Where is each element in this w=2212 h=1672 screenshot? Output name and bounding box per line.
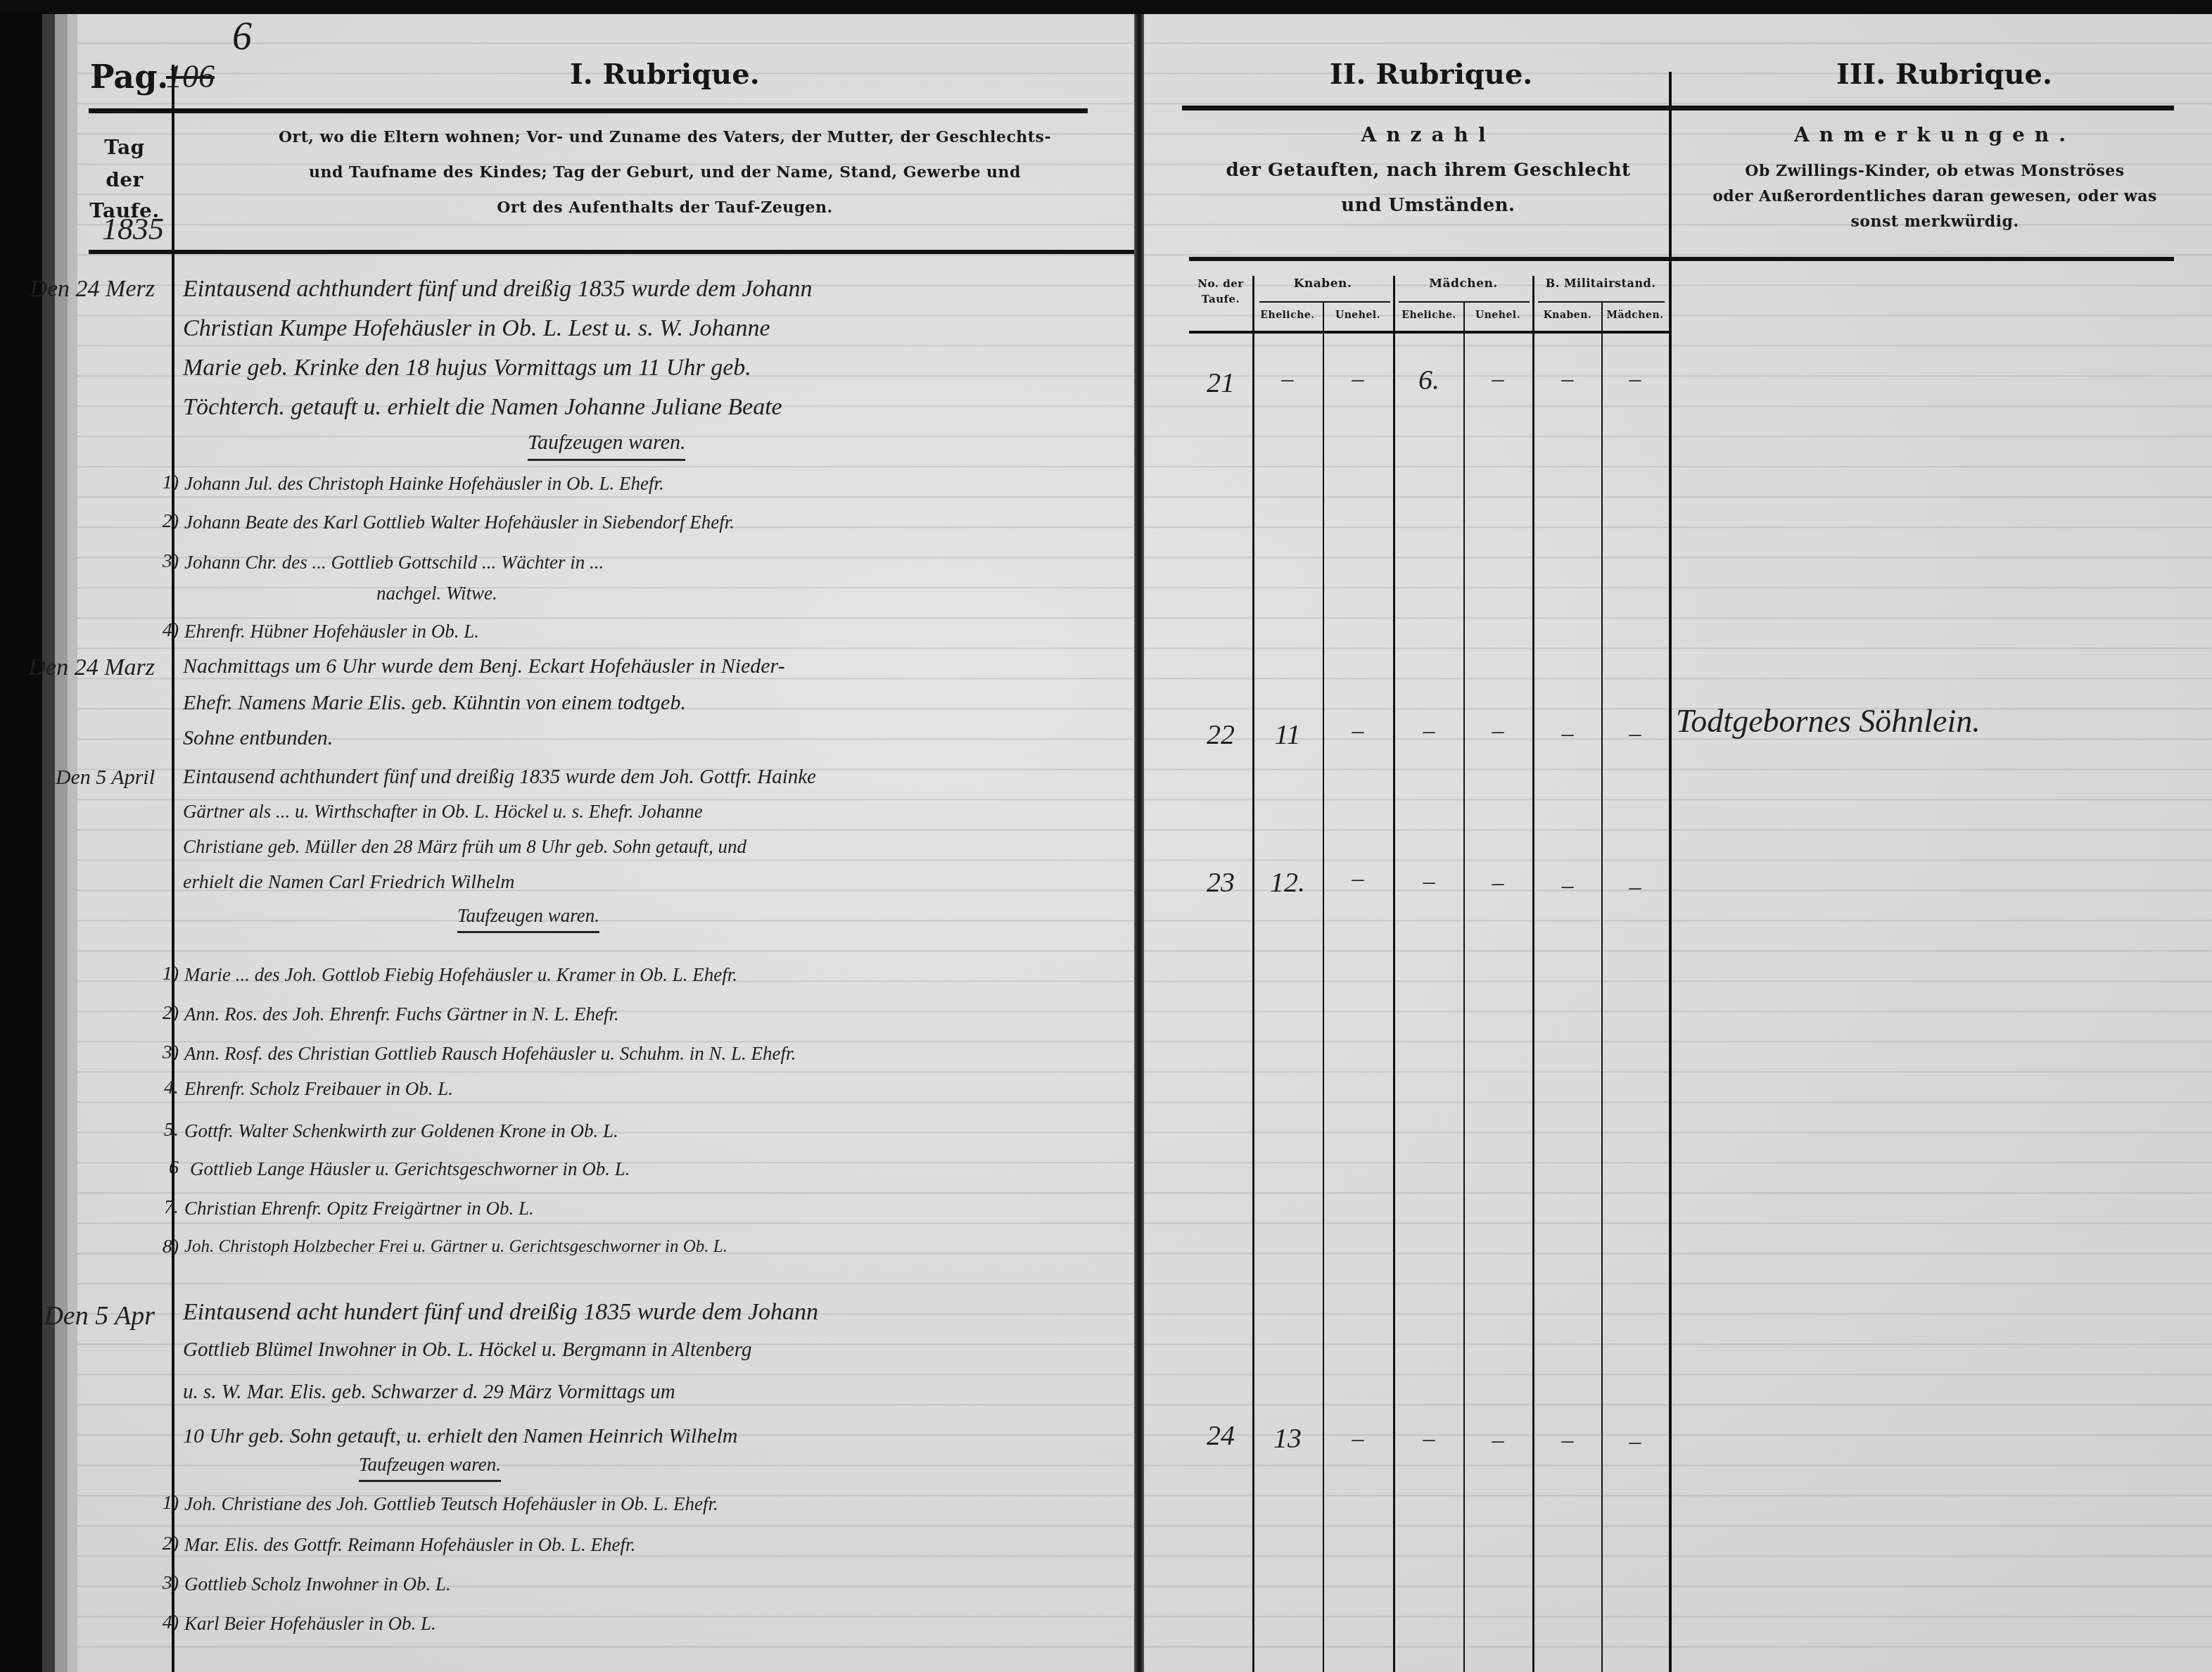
entry-2-maedchen-eheliche: – [1394, 718, 1463, 745]
entry-3-witness-num-3: 3) [158, 1041, 179, 1064]
subcol-knaben-unehel: Unehel. [1323, 310, 1393, 321]
entry-3-witness-1: Marie ... des Joh. Gottlob Fiebig Hofehä… [184, 964, 737, 986]
grid-line-no [1252, 276, 1254, 1672]
entry-4-maedchen-eheliche: – [1394, 1426, 1463, 1452]
entry-1-line-2: Christian Kumpe Hofehäusler in Ob. L. Le… [183, 315, 770, 342]
entry-3-maedchen-eheliche: – [1394, 868, 1463, 895]
subcol-knaben-eheliche: Eheliche. [1252, 310, 1323, 321]
header-bottom-rule-left [89, 250, 1141, 254]
remarks-col-header-line3: oder Außerordentliches daran gewesen, od… [1674, 184, 2195, 209]
subcol-knaben: Knaben. [1252, 276, 1393, 291]
entry-4-witness-num-4: 4) [158, 1611, 179, 1634]
desc-col-header-line1: Ort, wo die Eltern wohnen; Vor- und Zuna… [183, 120, 1147, 155]
entry-4-witness-2: Mar. Elis. des Gottfr. Reimann Hofehäusl… [184, 1534, 635, 1556]
entry-1-line-1: Eintausend achthundert fünf und dreißig … [183, 276, 813, 303]
entry-3-witness-num-2: 2) [158, 1002, 179, 1025]
grid-line-maedchen [1532, 276, 1534, 1672]
entry-2-line-3: Sohne entbunden. [183, 726, 333, 750]
entry-4-witness-1: Joh. Christiane des Joh. Gottlieb Teutsc… [184, 1493, 718, 1515]
entry-1-witness-num-4: 4) [158, 619, 179, 642]
count-col-header-line3: und Umständen. [1189, 190, 1667, 221]
remarks-col-header-line4: sonst merkwürdig. [1674, 209, 2195, 234]
entry-3-knaben-eheliche: 12. [1252, 866, 1323, 899]
entry-3-witness-num-4: 4. [158, 1077, 179, 1099]
entry-2-mil-maedchen: – [1601, 721, 1669, 747]
grid-line-knaben [1393, 276, 1395, 1672]
remarks-column-divider [1669, 72, 1672, 1672]
rubrique-3-title: III. Rubrique. [1836, 58, 2052, 91]
entry-4-line-4: 10 Uhr geb. Sohn getauft, u. erhielt den… [183, 1424, 738, 1448]
entry-3-witness-num-6: 6 [158, 1157, 179, 1179]
entry-4-line-3: u. s. W. Mar. Elis. geb. Schwarzer d. 29… [183, 1381, 675, 1404]
entry-1-witness-4: Ehrenfr. Hübner Hofehäusler in Ob. L. [184, 621, 479, 642]
entry-3-witness-5: Gottfr. Walter Schenkwirth zur Goldenen … [184, 1120, 618, 1142]
subcol-no-der-taufe: No. der Taufe. [1189, 276, 1252, 307]
grid-line-maedchen-mid [1463, 303, 1465, 1672]
entry-1-knaben-eheliche: – [1252, 366, 1323, 393]
subcol-maedchen-eheliche: Eheliche. [1394, 310, 1463, 321]
subcol-militairstand: B. Militairstand. [1534, 276, 1667, 291]
header-rule-left [89, 108, 1088, 113]
register-page: Pag. 106 6 I. Rubrique. Tag der Taufe. 1… [77, 14, 2212, 1672]
entry-2-line-1: Nachmittags um 6 Uhr wurde dem Benj. Eck… [183, 654, 785, 678]
entry-1-mil-maedchen: – [1601, 366, 1669, 393]
entry-1-witness-heading: Taufzeugen waren. [528, 431, 685, 461]
entry-1-mil-knaben: – [1534, 366, 1601, 393]
page-number-corrected: 6 [232, 14, 252, 59]
entry-1-witness-num-3: 3) [158, 550, 179, 573]
entry-3-witness-7: Christian Ehrenfr. Opitz Freigärtner in … [184, 1198, 534, 1220]
entry-3-witness-num-1: 1) [158, 963, 179, 985]
entry-4-line-1: Eintausend acht hundert fünf und dreißig… [183, 1299, 818, 1326]
desc-col-header-line2: und Taufname des Kindes; Tag der Geburt,… [183, 155, 1147, 190]
subheader-bottom-rule [1189, 331, 1669, 334]
count-col-title: Anzahl [1189, 120, 1667, 151]
entry-2-mil-knaben: – [1534, 721, 1601, 747]
entry-1-no: 21 [1189, 366, 1252, 399]
desc-col-header-line3: Ort des Aufenthalts der Tauf-Zeugen. [183, 190, 1147, 225]
entry-4-no: 24 [1189, 1419, 1252, 1452]
entry-2-no: 22 [1189, 718, 1252, 751]
entry-3-witness-num-5: 5. [158, 1119, 179, 1141]
subcol-maedchen-unehel: Unehel. [1463, 310, 1532, 321]
grid-line-knaben-mid [1323, 303, 1324, 1672]
grid-line-mil-mid [1601, 303, 1603, 1672]
entry-2-date: Den 24 Marz [0, 654, 155, 681]
date-col-header-line1: Tag [77, 132, 172, 163]
entry-3-witness-8: Joh. Christoph Holzbecher Frei u. Gärtne… [184, 1237, 727, 1257]
entry-3-witness-num-8: 8) [158, 1236, 179, 1258]
entry-4-witness-4: Karl Beier Hofehäusler in Ob. L. [184, 1613, 436, 1635]
entry-3-line-2: Gärtner als ... u. Wirthschafter in Ob. … [183, 801, 703, 823]
entry-3-line-1: Eintausend achthundert fünf und dreißig … [183, 766, 816, 789]
entry-1-witness-2: Johann Beate des Karl Gottlieb Walter Ho… [184, 512, 735, 533]
entry-2-maedchen-unehel: – [1463, 718, 1532, 745]
entry-4-witness-num-1: 1) [158, 1492, 179, 1514]
entry-3-maedchen-unehel: – [1463, 870, 1532, 897]
header-rule-right [1182, 106, 2174, 110]
header-bottom-rule-right [1189, 257, 2174, 261]
entry-4-knaben-eheliche: 13 [1252, 1421, 1323, 1455]
entry-3-mil-maedchen: – [1601, 874, 1669, 901]
entry-3-witness-6: Gottlieb Lange Häusler u. Gerichtsgeschw… [190, 1158, 630, 1180]
count-col-header-line2: der Getauften, nach ihrem Geschlecht [1189, 155, 1667, 186]
entry-2-remark: Todtgebornes Söhnlein. [1676, 702, 1981, 740]
entry-4-date: Den 5 Apr [0, 1300, 155, 1331]
remarks-col-title: Anmerkungen. [1674, 120, 2195, 151]
entry-4-witness-heading: Taufzeugen waren. [359, 1454, 501, 1482]
date-column-divider [172, 65, 174, 1672]
entry-3-witness-heading: Taufzeugen waren. [457, 905, 599, 933]
subcol-maedchen: Mädchen. [1394, 276, 1532, 291]
page-label: Pag. [90, 58, 168, 96]
subcol-mil-maedchen: Mädchen. [1601, 310, 1669, 321]
entry-3-witness-num-7: 7. [158, 1196, 179, 1219]
entry-1-maedchen-eheliche: 6. [1394, 363, 1463, 396]
entry-4-mil-maedchen: – [1601, 1429, 1669, 1455]
year-handwritten: 1835 [102, 211, 164, 247]
entry-1-knaben-unehel: – [1323, 366, 1393, 393]
entry-3-witness-2: Ann. Ros. des Joh. Ehrenfr. Fuchs Gärtne… [184, 1003, 619, 1025]
rubrique-2-title: II. Rubrique. [1330, 58, 1532, 91]
entry-4-mil-knaben: – [1534, 1427, 1601, 1454]
entry-1-witness-1: Johann Jul. des Christoph Hainke Hofehäu… [184, 473, 664, 495]
entry-3-knaben-unehel: – [1323, 866, 1393, 892]
entry-1-witness-3-cont: nachgel. Witwe. [376, 583, 497, 604]
entry-3-date: Den 5 April [0, 766, 155, 790]
subcol-mil-knaben: Knaben. [1534, 310, 1601, 321]
entry-4-witness-num-2: 2) [158, 1533, 179, 1555]
entry-4-knaben-unehel: – [1323, 1426, 1393, 1452]
entry-4-maedchen-unehel: – [1463, 1427, 1532, 1454]
book-edge [0, 14, 77, 1672]
entry-3-line-4: erhielt die Namen Carl Friedrich Wilhelm [183, 871, 515, 894]
entry-1-line-4: Töchterch. getauft u. erhielt die Namen … [183, 394, 782, 421]
book-spine [1134, 14, 1144, 1672]
entry-1-maedchen-unehel: – [1463, 366, 1532, 393]
entry-2-line-2: Ehefr. Namens Marie Elis. geb. Kühntin v… [183, 691, 686, 715]
entry-1-witness-3: Johann Chr. des ... Gottlieb Gottschild … [184, 552, 604, 574]
entry-2-knaben-eheliche: 11 [1252, 718, 1323, 751]
entry-1-line-3: Marie geb. Krinke den 18 hujus Vormittag… [183, 355, 751, 381]
entry-4-witness-3: Gottlieb Scholz Inwohner in Ob. L. [184, 1573, 451, 1595]
entry-1-witness-num-2: 2) [158, 510, 179, 533]
entry-3-witness-4: Ehrenfr. Scholz Freibauer in Ob. L. [184, 1078, 453, 1100]
entry-3-witness-3: Ann. Rosf. des Christian Gottlieb Rausch… [184, 1043, 796, 1065]
entry-2-knaben-unehel: – [1323, 718, 1393, 745]
entry-4-line-2: Gottlieb Blümel Inwohner in Ob. L. Höcke… [183, 1338, 751, 1362]
knaben-underline [1259, 301, 1390, 303]
entry-1-witness-num-1: 1) [158, 471, 179, 494]
rubrique-1-title: I. Rubrique. [570, 58, 760, 91]
entry-1-date: Den 24 Merz [0, 276, 155, 303]
entry-3-mil-knaben: – [1534, 873, 1601, 899]
remarks-col-header-line2: Ob Zwillings-Kinder, ob etwas Monströses [1674, 158, 2195, 184]
entry-4-witness-num-3: 3) [158, 1572, 179, 1595]
entry-3-line-3: Christiane geb. Müller den 28 März früh … [183, 836, 746, 858]
entry-3-no: 23 [1189, 866, 1252, 899]
